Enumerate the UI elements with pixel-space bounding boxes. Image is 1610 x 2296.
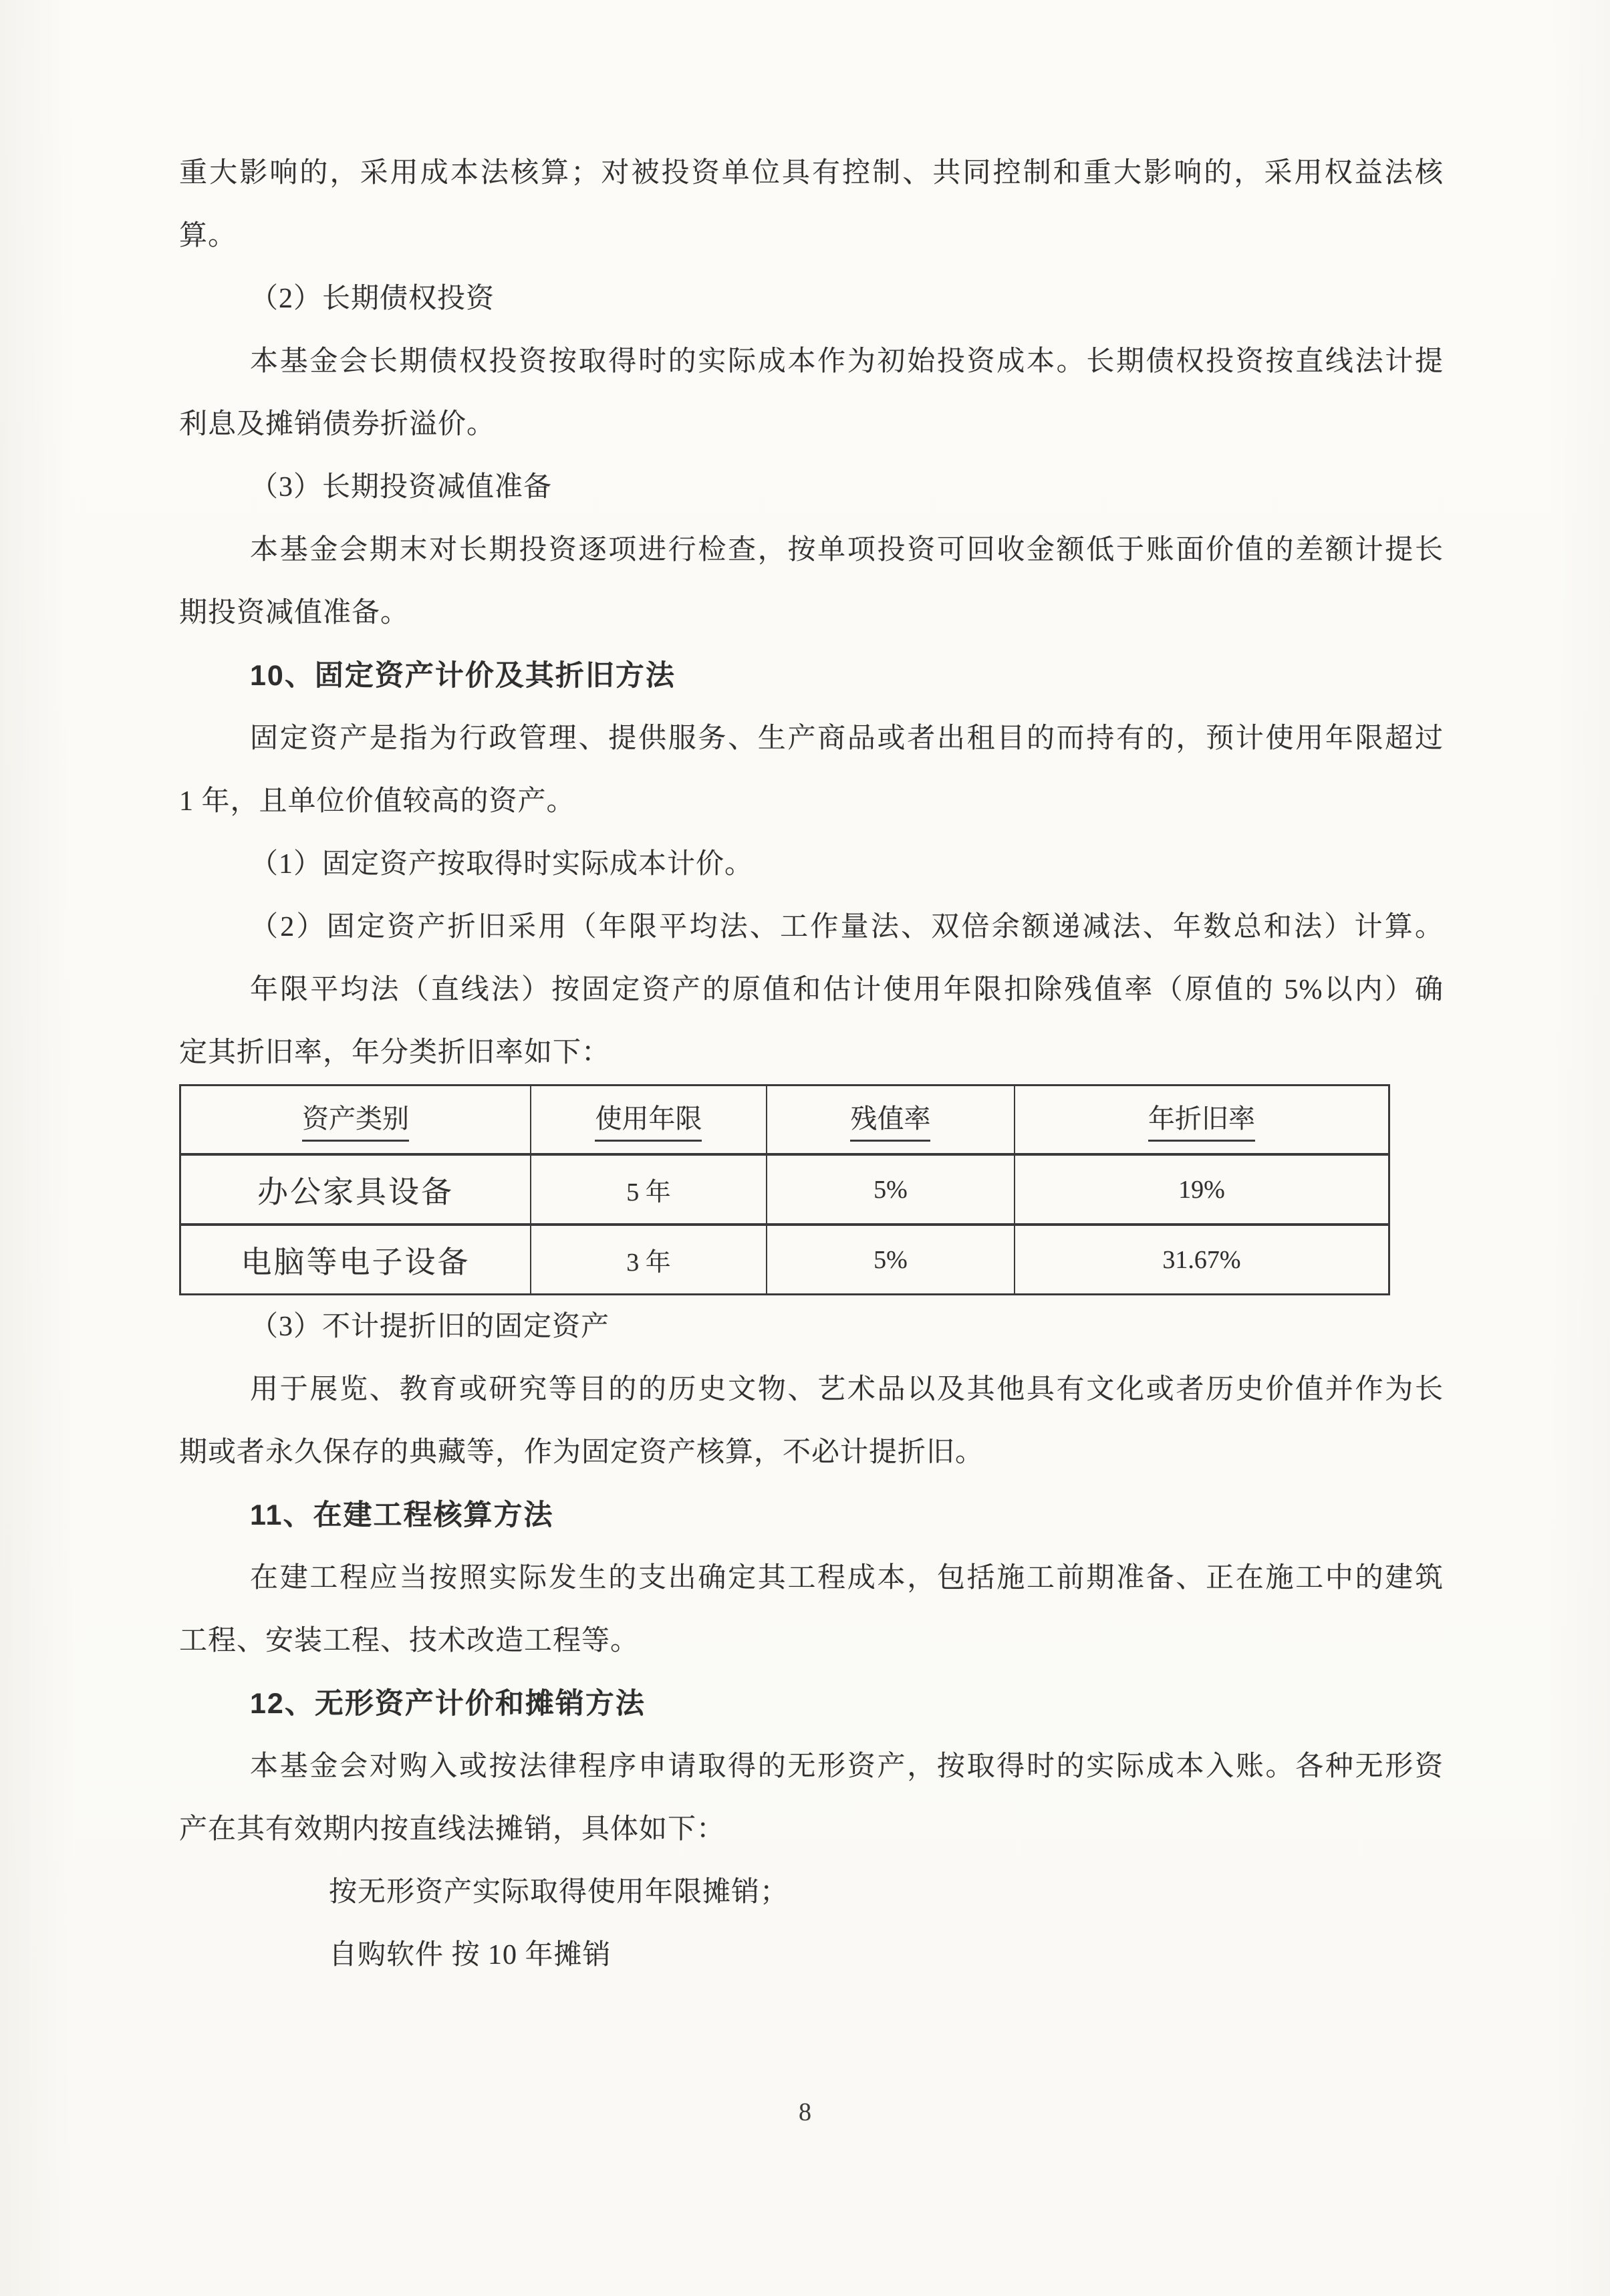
- paragraph-line: 固定资产是指为行政管理、提供服务、生产商品或者出租目的而持有的，预计使用年限超过: [179, 707, 1444, 770]
- table-header-residual-rate: 残值率: [767, 1086, 1015, 1155]
- depreciation-rate-table: 资产类别 使用年限 残值率 年折旧率 办公家具设备 5 年 5% 19% 电脑等…: [179, 1084, 1390, 1295]
- table-header-asset-category: 资产类别: [180, 1086, 531, 1155]
- document-body: 重大影响的，采用成本法核算；对被投资单位具有控制、共同控制和重大影响的，采用权益…: [179, 142, 1444, 1987]
- paragraph-line: （3）长期投资减值准备: [179, 456, 1444, 519]
- paragraph-line: 利息及摊销债券折溢价。: [179, 393, 1444, 456]
- table-header-row: 资产类别 使用年限 残值率 年折旧率: [180, 1086, 1389, 1155]
- paragraph-line: 本基金会期末对长期投资逐项进行检查，按单项投资可回收金额低于账面价值的差额计提长: [179, 519, 1444, 582]
- paragraph-line: （3）不计提折旧的固定资产: [179, 1295, 1444, 1358]
- section-heading-12: 12、无形资产计价和摊销方法: [179, 1672, 1444, 1735]
- table-cell-residual-rate: 5%: [767, 1225, 1015, 1295]
- table-header-label: 资产类别: [302, 1098, 409, 1142]
- section-heading-11: 11、在建工程核算方法: [179, 1484, 1444, 1547]
- paragraph-line: 重大影响的，采用成本法核算；对被投资单位具有控制、共同控制和重大影响的，采用权益…: [179, 142, 1444, 205]
- paragraph-line: 按无形资产实际取得使用年限摊销；: [179, 1861, 1444, 1924]
- paragraph-line: 年限平均法（直线法）按固定资产的原值和估计使用年限扣除残值率（原值的 5%以内）…: [179, 959, 1444, 1021]
- paragraph-line: 自购软件 按 10 年摊销: [179, 1924, 1444, 1987]
- table-cell-annual-rate: 19%: [1015, 1154, 1389, 1225]
- paragraph-line: 算。: [179, 205, 1444, 267]
- paragraph-line: （2）长期债权投资: [179, 267, 1444, 330]
- paragraph-line: 工程、安装工程、技术改造工程等。: [179, 1610, 1444, 1672]
- paragraph-line: （1）固定资产按取得时实际成本计价。: [179, 833, 1444, 896]
- table-cell-useful-life: 5 年: [531, 1154, 767, 1225]
- table-header-label: 年折旧率: [1148, 1098, 1255, 1142]
- table-row: 电脑等电子设备 3 年 5% 31.67%: [180, 1225, 1389, 1295]
- paragraph-line: 期或者永久保存的典藏等，作为固定资产核算，不必计提折旧。: [179, 1421, 1444, 1484]
- table-header-useful-life: 使用年限: [531, 1086, 767, 1155]
- paragraph-line: 用于展览、教育或研究等目的的历史文物、艺术品以及其他具有文化或者历史价值并作为长: [179, 1358, 1444, 1421]
- paragraph-line: （2）固定资产折旧采用（年限平均法、工作量法、双倍余额递减法、年数总和法）计算。: [179, 896, 1444, 959]
- paragraph-line: 1 年，且单位价值较高的资产。: [179, 770, 1444, 833]
- section-heading-10: 10、固定资产计价及其折旧方法: [179, 644, 1444, 707]
- table-header-label: 残值率: [850, 1098, 930, 1142]
- paragraph-line: 产在其有效期内按直线法摊销，具体如下：: [179, 1798, 1444, 1861]
- table-header-label: 使用年限: [595, 1098, 702, 1142]
- paragraph-line: 定其折旧率，年分类折旧率如下：: [179, 1021, 1444, 1084]
- document-page: 重大影响的，采用成本法核算；对被投资单位具有控制、共同控制和重大影响的，采用权益…: [0, 0, 1610, 2296]
- table-cell-category: 电脑等电子设备: [180, 1225, 531, 1295]
- table-cell-useful-life: 3 年: [531, 1225, 767, 1295]
- page-number: 8: [0, 2097, 1610, 2127]
- paragraph-line: 在建工程应当按照实际发生的支出确定其工程成本，包括施工前期准备、正在施工中的建筑: [179, 1547, 1444, 1610]
- table-header-annual-depreciation-rate: 年折旧率: [1015, 1086, 1389, 1155]
- paragraph-line: 期投资减值准备。: [179, 582, 1444, 644]
- paragraph-line: 本基金会对购入或按法律程序申请取得的无形资产，按取得时的实际成本入账。各种无形资: [179, 1735, 1444, 1798]
- table-cell-annual-rate: 31.67%: [1015, 1225, 1389, 1295]
- table-cell-category: 办公家具设备: [180, 1154, 531, 1225]
- table-row: 办公家具设备 5 年 5% 19%: [180, 1154, 1389, 1225]
- table-cell-residual-rate: 5%: [767, 1154, 1015, 1225]
- paragraph-line: 本基金会长期债权投资按取得时的实际成本作为初始投资成本。长期债权投资按直线法计提: [179, 330, 1444, 393]
